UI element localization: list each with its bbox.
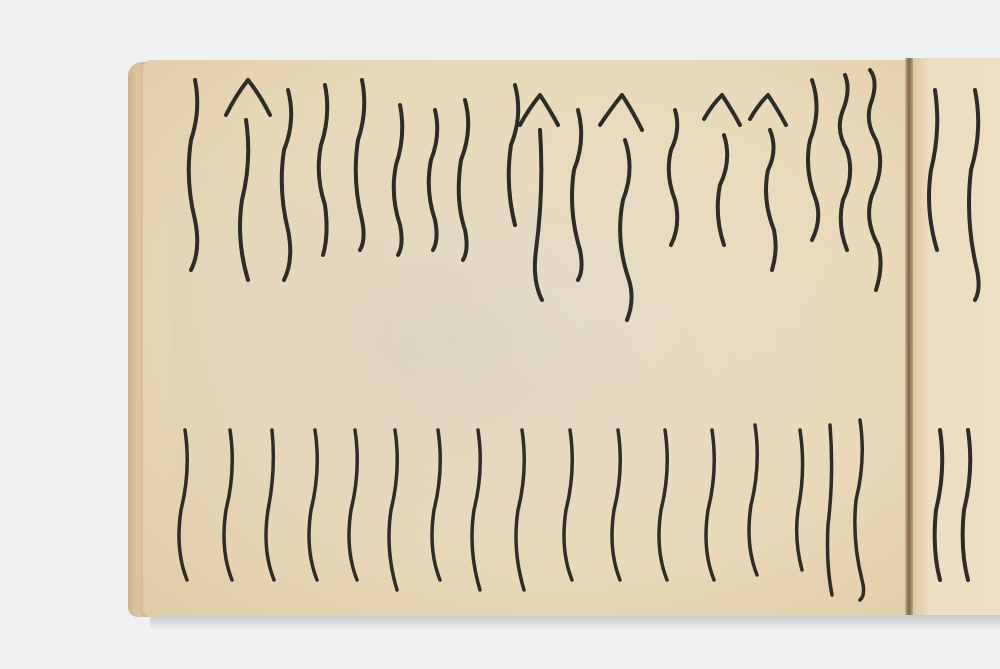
right-page-text: [929, 90, 979, 580]
lower-register: [179, 420, 864, 600]
upper-register: [189, 70, 881, 320]
calligraphy-text: [0, 0, 1000, 669]
